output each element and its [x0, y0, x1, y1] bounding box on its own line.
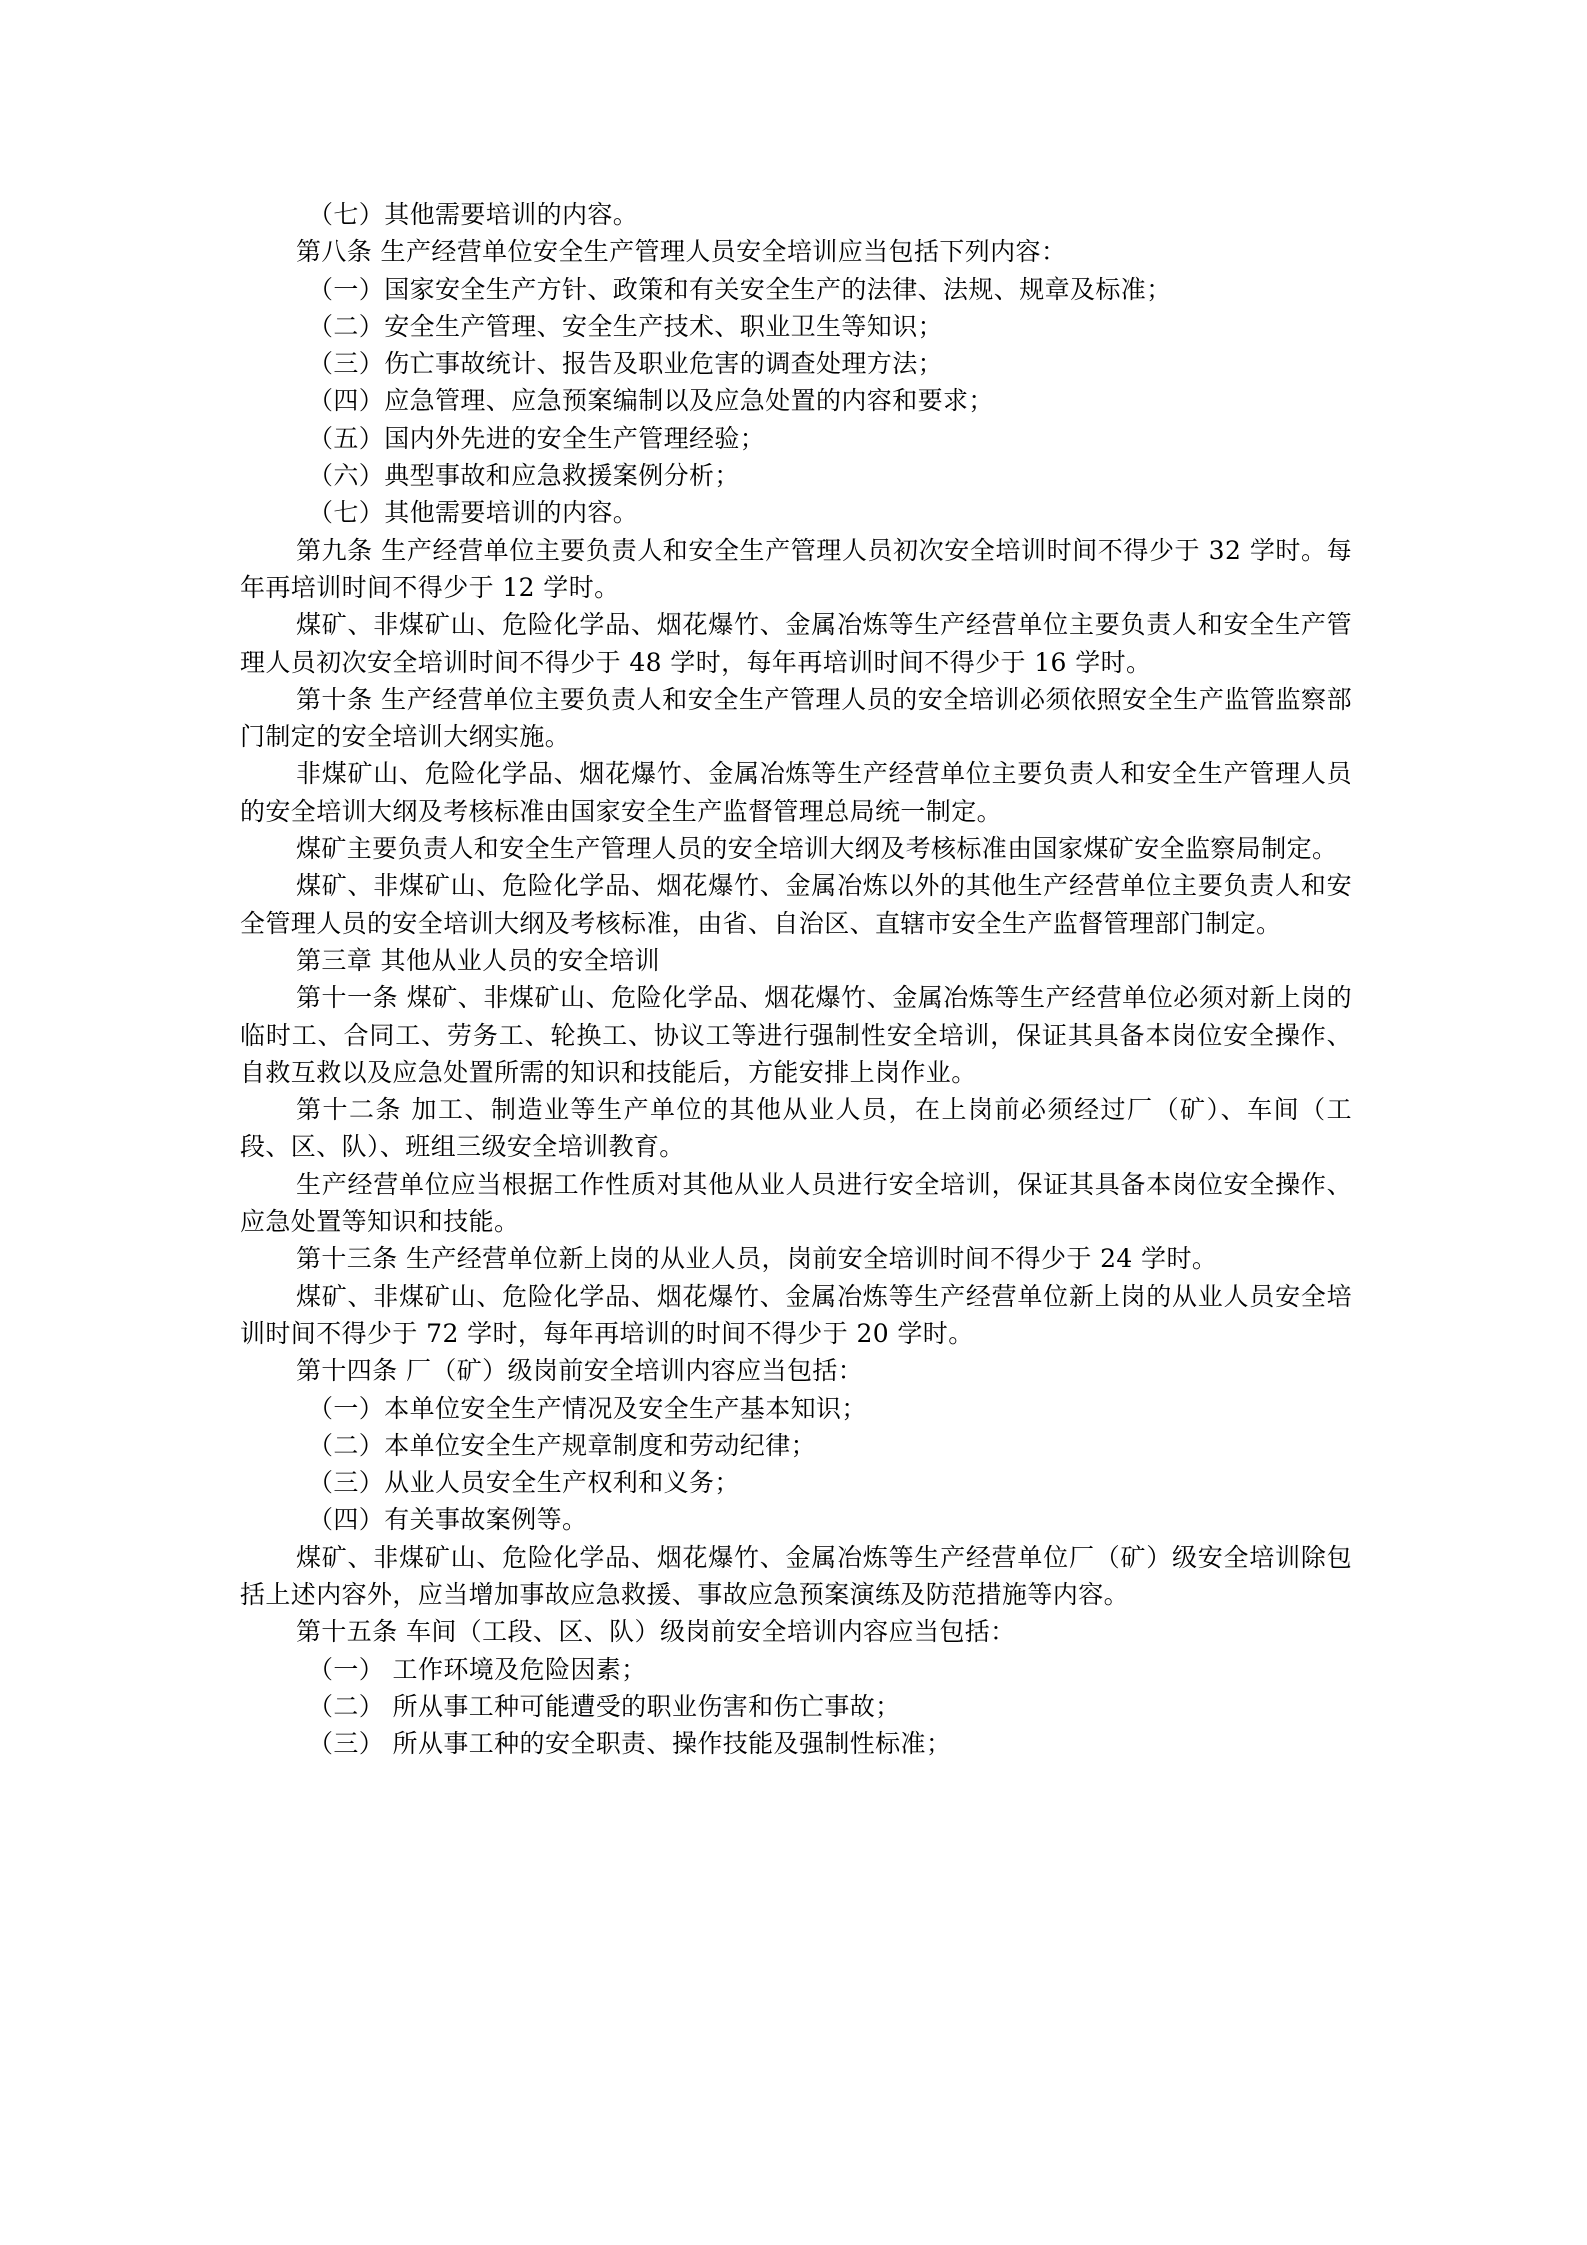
- body-paragraph: 非煤矿山、危险化学品、烟花爆竹、金属冶炼等生产经营单位主要负责人和安全生产管理人…: [240, 755, 1352, 830]
- article-paragraph: 第十条 生产经营单位主要负责人和安全生产管理人员的安全培训必须依照安全生产监管监…: [240, 681, 1352, 756]
- document-page: （七）其他需要培训的内容。 第八条 生产经营单位安全生产管理人员安全培训应当包括…: [240, 196, 1352, 1762]
- list-item: （一）本单位安全生产情况及安全生产基本知识；: [240, 1390, 1352, 1427]
- body-paragraph: 煤矿、非煤矿山、危险化学品、烟花爆竹、金属冶炼等生产经营单位主要负责人和安全生产…: [240, 606, 1352, 681]
- article-paragraph: 第十二条 加工、制造业等生产单位的其他从业人员，在上岗前必须经过厂（矿）、车间（…: [240, 1091, 1352, 1166]
- list-item: （一） 工作环境及危险因素；: [240, 1651, 1352, 1688]
- list-item: （二）本单位安全生产规章制度和劳动纪律；: [240, 1427, 1352, 1464]
- article-paragraph: 第十三条 生产经营单位新上岗的从业人员，岗前安全培训时间不得少于 24 学时。: [240, 1240, 1352, 1277]
- body-paragraph: 生产经营单位应当根据工作性质对其他从业人员进行安全培训，保证其具备本岗位安全操作…: [240, 1166, 1352, 1241]
- article-paragraph: 第十一条 煤矿、非煤矿山、危险化学品、烟花爆竹、金属冶炼等生产经营单位必须对新上…: [240, 979, 1352, 1091]
- list-item: （七）其他需要培训的内容。: [240, 196, 1352, 233]
- chapter-heading: 第三章 其他从业人员的安全培训: [240, 942, 1352, 979]
- list-item: （七）其他需要培训的内容。: [240, 494, 1352, 531]
- list-item: （三）伤亡事故统计、报告及职业危害的调查处理方法；: [240, 345, 1352, 382]
- body-paragraph: 煤矿主要负责人和安全生产管理人员的安全培训大纲及考核标准由国家煤矿安全监察局制定…: [240, 830, 1352, 867]
- article-paragraph: 第九条 生产经营单位主要负责人和安全生产管理人员初次安全培训时间不得少于 32 …: [240, 532, 1352, 607]
- body-paragraph: 煤矿、非煤矿山、危险化学品、烟花爆竹、金属冶炼等生产经营单位新上岗的从业人员安全…: [240, 1278, 1352, 1353]
- list-item: （五）国内外先进的安全生产管理经验；: [240, 420, 1352, 457]
- article-heading: 第十四条 厂（矿）级岗前安全培训内容应当包括：: [240, 1352, 1352, 1389]
- list-item: （四）应急管理、应急预案编制以及应急处置的内容和要求；: [240, 382, 1352, 419]
- list-item: （三） 所从事工种的安全职责、操作技能及强制性标准；: [240, 1725, 1352, 1762]
- body-paragraph: 煤矿、非煤矿山、危险化学品、烟花爆竹、金属冶炼等生产经营单位厂（矿）级安全培训除…: [240, 1539, 1352, 1614]
- list-item: （六）典型事故和应急救援案例分析；: [240, 457, 1352, 494]
- article-heading: 第八条 生产经营单位安全生产管理人员安全培训应当包括下列内容：: [240, 233, 1352, 270]
- list-item: （四）有关事故案例等。: [240, 1501, 1352, 1538]
- list-item: （二） 所从事工种可能遭受的职业伤害和伤亡事故；: [240, 1688, 1352, 1725]
- body-paragraph: 煤矿、非煤矿山、危险化学品、烟花爆竹、金属冶炼以外的其他生产经营单位主要负责人和…: [240, 867, 1352, 942]
- list-item: （二）安全生产管理、安全生产技术、职业卫生等知识；: [240, 308, 1352, 345]
- list-item: （一）国家安全生产方针、政策和有关安全生产的法律、法规、规章及标准；: [240, 271, 1352, 308]
- article-heading: 第十五条 车间（工段、区、队）级岗前安全培训内容应当包括：: [240, 1613, 1352, 1650]
- list-item: （三）从业人员安全生产权利和义务；: [240, 1464, 1352, 1501]
